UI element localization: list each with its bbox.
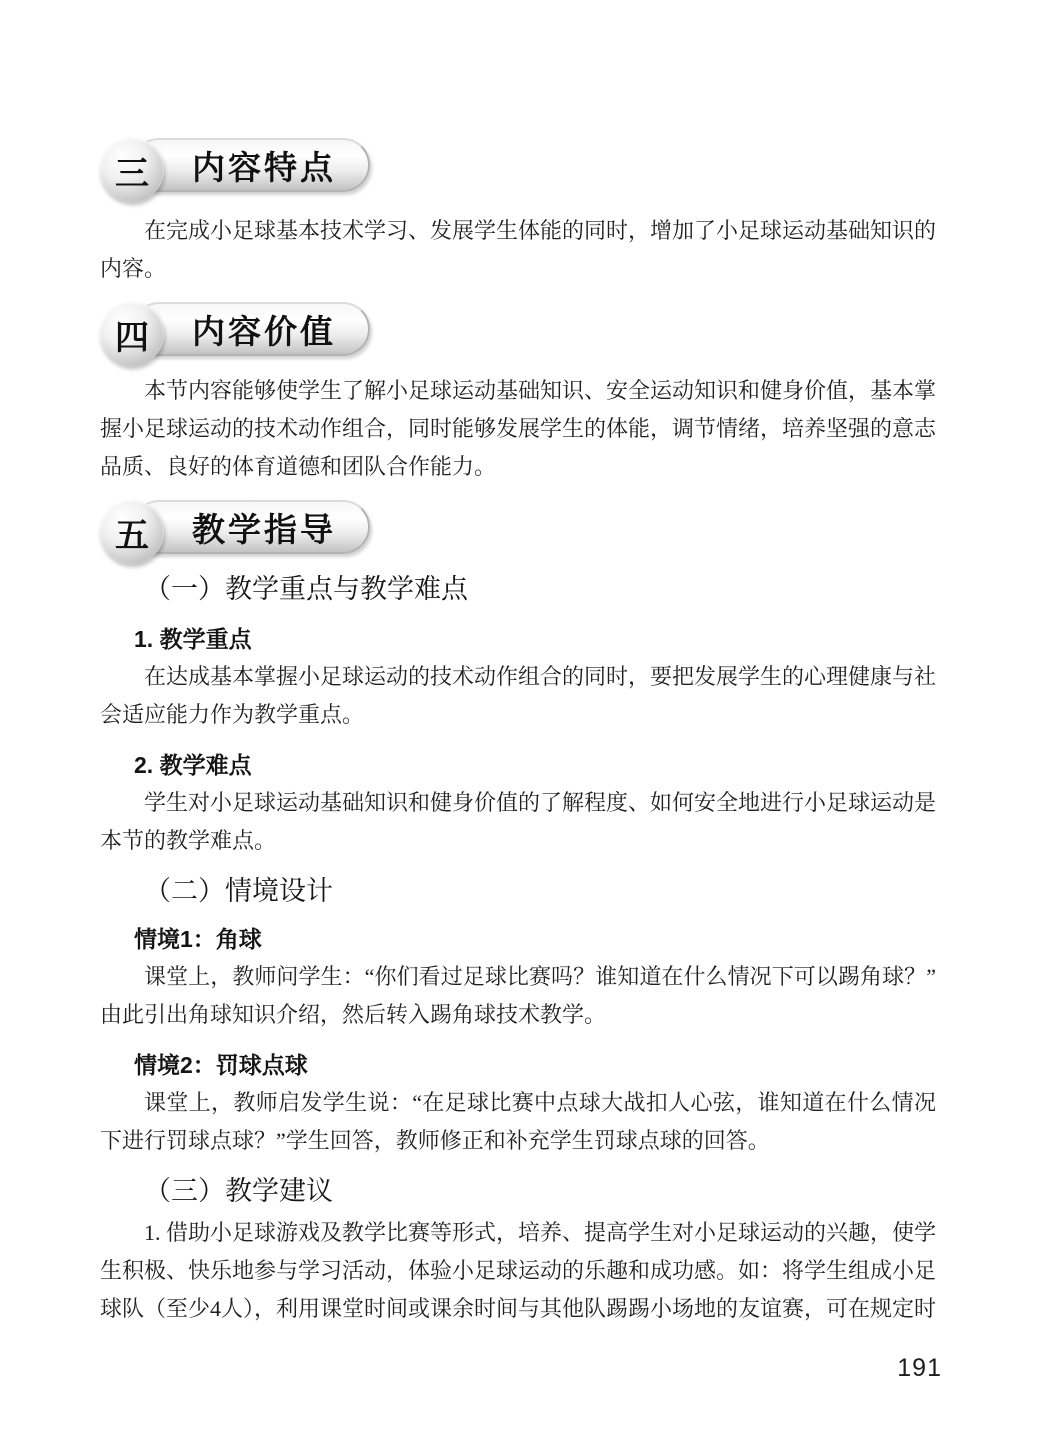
section-number: 三	[115, 146, 149, 195]
section-title: 教学指导	[192, 504, 336, 551]
paragraph-teaching-difficult-point: 学生对小足球运动基础知识和健身价值的了解程度、如何安全地进行小足球运动是本节的教…	[100, 784, 936, 860]
subheading-teaching-suggestions: （三）教学建议	[100, 1174, 936, 1208]
section-title: 内容价值	[192, 306, 336, 353]
paragraph-scenario1: 课堂上，教师问学生：“你们看过足球比赛吗？谁知道在什么情况下可以踢角球？”由此引…	[100, 958, 936, 1034]
paragraph-content-features: 在完成小足球基本技术学习、发展学生体能的同时，增加了小足球运动基础知识的内容。	[100, 212, 936, 288]
minor-heading-teaching-difficult-point: 2. 教学难点	[100, 750, 936, 780]
paragraph-teaching-key-point: 在达成基本掌握小足球运动的技术动作组合的同时，要把发展学生的心理健康与社会适应能…	[100, 658, 936, 734]
page-content: 内容特点 三 在完成小足球基本技术学习、发展学生体能的同时，增加了小足球运动基础…	[100, 138, 936, 1328]
page-number: 191	[897, 1354, 942, 1383]
paragraph-content-value: 本节内容能够使学生了解小足球运动基础知识、安全运动知识和健身价值，基本掌握小足球…	[100, 372, 936, 486]
minor-heading-scenario2-penalty-kick: 情境2：罚球点球	[100, 1050, 936, 1080]
section-title: 内容特点	[192, 142, 336, 189]
minor-heading-teaching-key-point: 1. 教学重点	[100, 624, 936, 654]
section-number-badge: 四	[100, 302, 164, 366]
paragraph-scenario2: 课堂上，教师启发学生说：“在足球比赛中点球大战扣人心弦，谁知道在什么情况下进行罚…	[100, 1084, 936, 1160]
section-number: 四	[115, 310, 149, 359]
minor-heading-scenario1-corner-kick: 情境1：角球	[100, 924, 936, 954]
subheading-key-difficult-points: （一）教学重点与教学难点	[100, 572, 936, 606]
paragraph-teaching-suggestion-1: 1. 借助小足球游戏及教学比赛等形式，培养、提高学生对小足球运动的兴趣，使学生积…	[100, 1214, 936, 1328]
subheading-scenario-design: （二）情境设计	[100, 874, 936, 908]
section-number: 五	[115, 508, 149, 557]
section-title-pill: 内容价值	[132, 302, 370, 356]
textbook-page: 内容特点 三 在完成小足球基本技术学习、发展学生体能的同时，增加了小足球运动基础…	[0, 0, 1038, 1452]
section-title-pill: 内容特点	[132, 138, 370, 192]
section-number-badge: 五	[100, 500, 164, 564]
section-title-pill: 教学指导	[132, 500, 370, 554]
section-number-badge: 三	[100, 138, 164, 202]
